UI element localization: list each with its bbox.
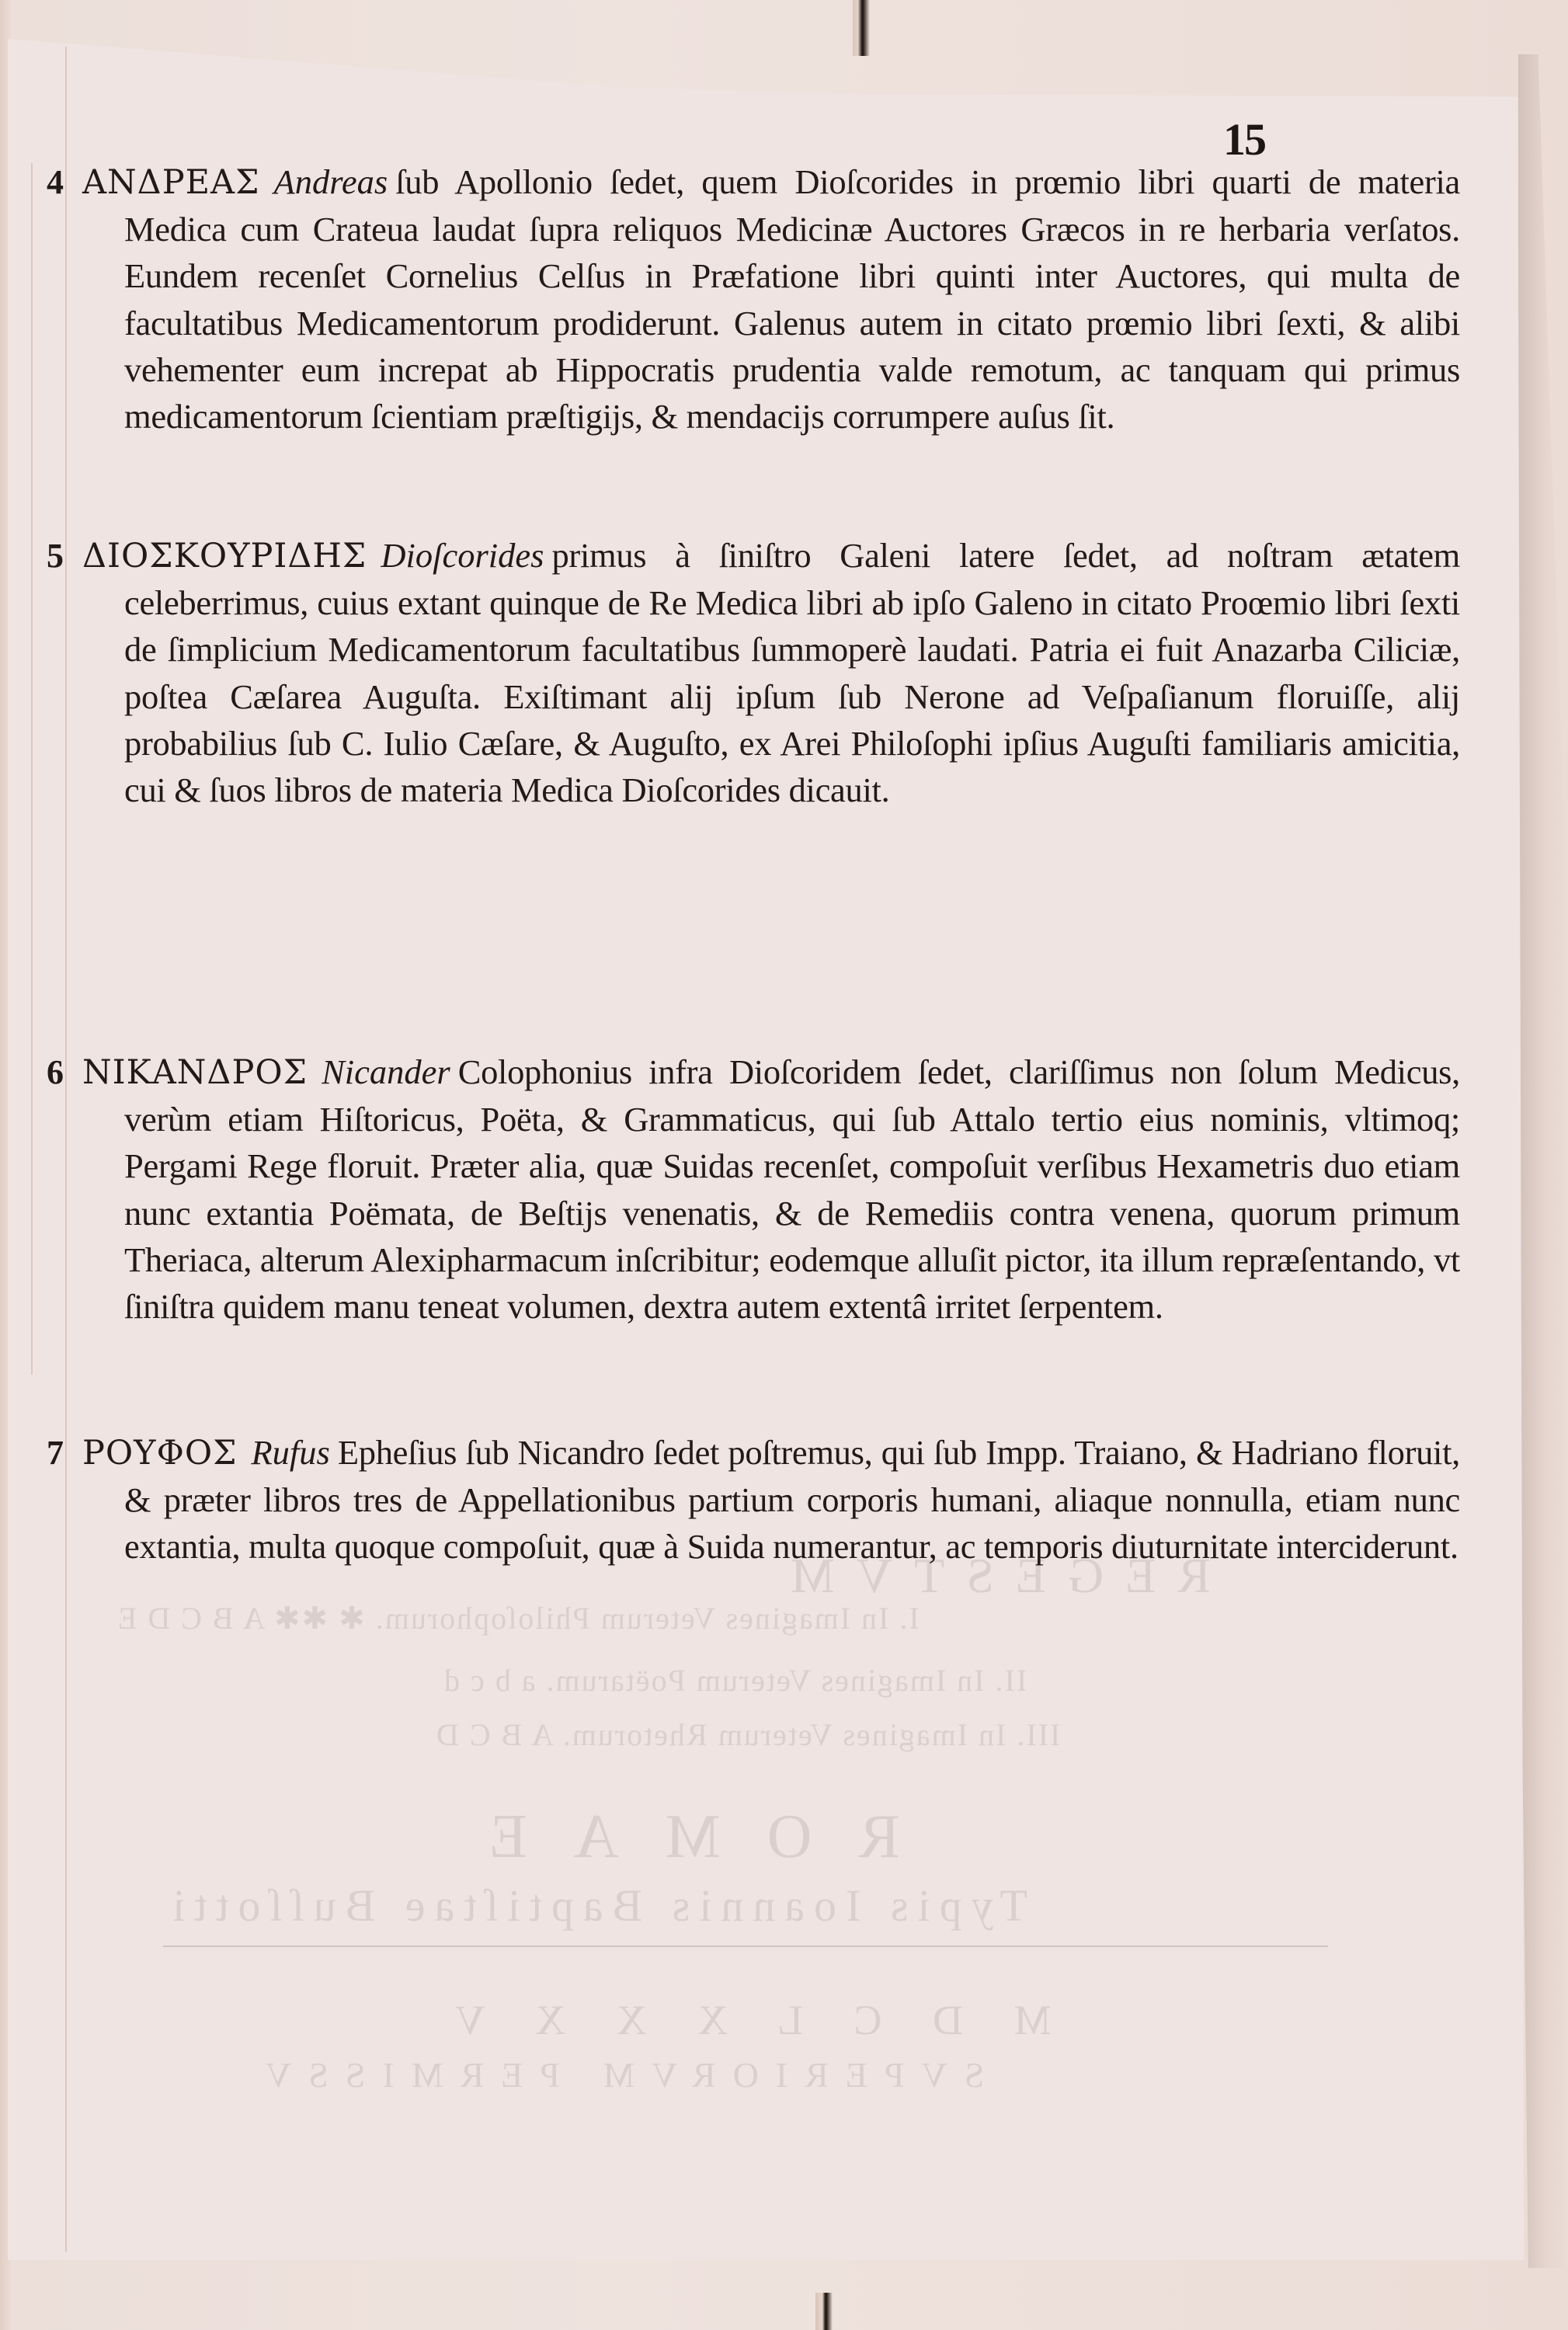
entry-number: 5 xyxy=(47,533,82,579)
entry-andreas: 4ΑΝΔΡΕΑΣAndreasſub Apollonio ſedet, quem… xyxy=(47,158,1460,440)
entry-greek-name: ΑΝΔΡΕΑΣ xyxy=(82,163,260,202)
page-crease-line xyxy=(31,163,33,1375)
entry-greek-name: ΔΙΟΣΚΟΥΡΙΔΗΣ xyxy=(82,537,367,576)
entry-latin-name: Nicander xyxy=(322,1052,450,1091)
entry-latin-name: Rufus xyxy=(251,1433,329,1472)
entry-greek-name: ΝΙΚΑΝΔΡΟΣ xyxy=(82,1053,308,1092)
binding-gap-top xyxy=(853,0,870,56)
entry-number: 6 xyxy=(47,1049,82,1096)
page-number: 15 xyxy=(1223,113,1265,165)
entry-latin-name: Dioſcorides xyxy=(381,536,544,575)
entry-greek-name: ΡΟΥΦΟΣ xyxy=(82,1434,237,1473)
entry-text: primus à ſiniſtro Galeni latere ſedet, a… xyxy=(124,536,1460,809)
entry-nicander: 6ΝΙΚΑΝΔΡΟΣNicanderColophonius infra Dioſ… xyxy=(47,1048,1460,1330)
binding-gap-bottom xyxy=(815,2293,833,2330)
entry-text: Colophonius infra Dioſcoridem ſedet, cla… xyxy=(124,1052,1460,1326)
entry-number: 4 xyxy=(47,159,82,206)
entry-latin-name: Andreas xyxy=(274,162,388,201)
entry-dioscorides: 5ΔΙΟΣΚΟΥΡΙΔΗΣDioſcoridesprimus à ſiniſtr… xyxy=(47,532,1460,813)
entry-text: ſub Apollonio ſedet, quem Dioſcorides in… xyxy=(124,162,1460,436)
entry-number: 7 xyxy=(47,1430,82,1476)
entry-rufus: 7ΡΟΥΦΟΣRufusEpheſius ſub Nicandro ſedet … xyxy=(47,1429,1460,1570)
